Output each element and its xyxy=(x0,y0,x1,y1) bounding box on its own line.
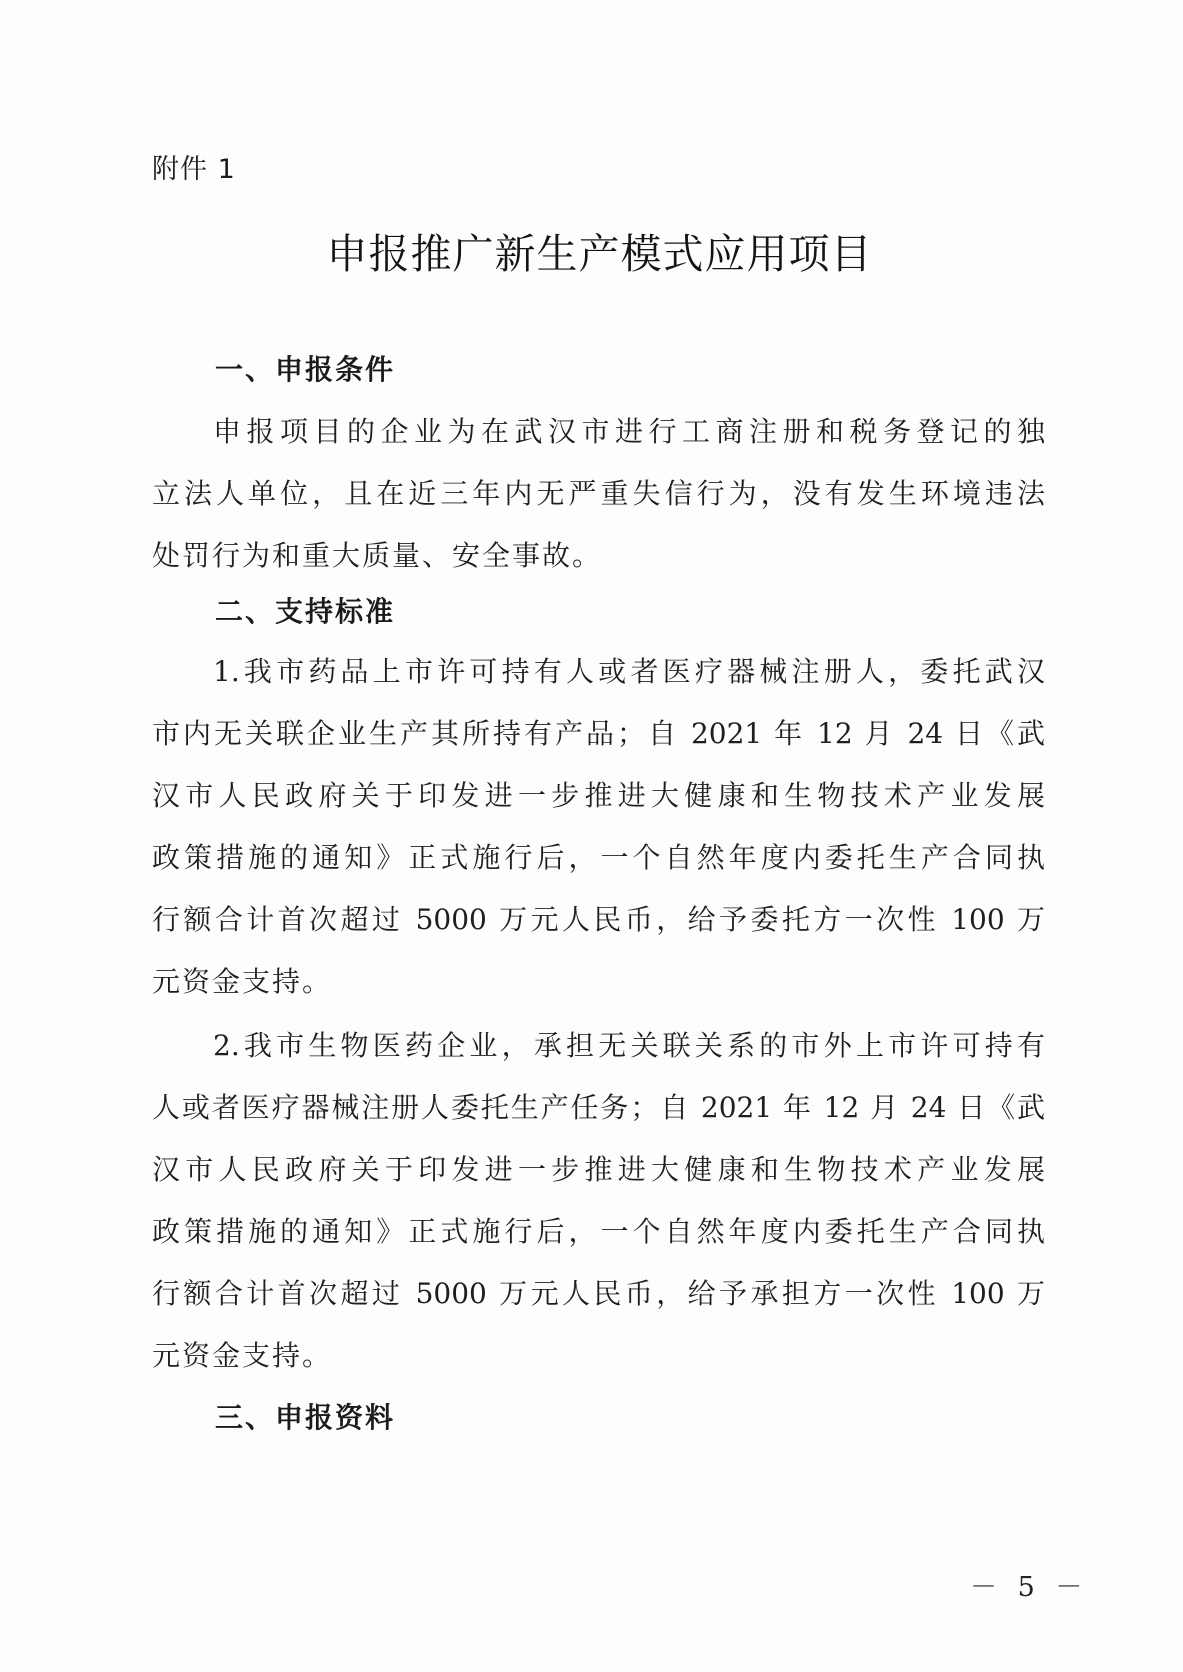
attachment-label: 附件 1 xyxy=(152,152,236,188)
item-1-line: 政策措施的通知》正式施行后，一个自然年度内委托生产合同执 xyxy=(152,838,1045,878)
item-2-line: 政策措施的通知》正式施行后，一个自然年度内委托生产合同执 xyxy=(152,1212,1045,1252)
item-2-line: 2.我市生物医药企业，承担无关联关系的市外上市许可持有 xyxy=(213,1026,1045,1066)
paragraph-line: 处罚行为和重大质量、安全事故。 xyxy=(152,536,1045,576)
item-1-line: 市内无关联企业生产其所持有产品；自 2021 年 12 月 24 日《武 xyxy=(152,714,1045,754)
section-heading-3: 三、申报资料 xyxy=(215,1398,395,1438)
paragraph-line: 申报项目的企业为在武汉市进行工商注册和税务登记的独 xyxy=(213,412,1045,452)
item-1-line: 1.我市药品上市许可持有人或者医疗器械注册人，委托武汉 xyxy=(213,652,1045,692)
item-2-line: 元资金支持。 xyxy=(152,1336,1045,1376)
section-heading-1: 一、申报条件 xyxy=(215,350,395,390)
item-1-line: 行额合计首次超过 5000 万元人民币，给予委托方一次性 100 万 xyxy=(152,900,1045,940)
document-title: 申报推广新生产模式应用项目 xyxy=(0,226,1183,282)
item-2-line: 人或者医疗器械注册人委托生产任务；自 2021 年 12 月 24 日《武 xyxy=(152,1088,1045,1128)
item-2-line: 汉市人民政府关于印发进一步推进大健康和生物技术产业发展 xyxy=(152,1150,1045,1190)
item-1-line: 元资金支持。 xyxy=(152,962,1045,1002)
item-1-line: 汉市人民政府关于印发进一步推进大健康和生物技术产业发展 xyxy=(152,776,1045,816)
section-heading-2: 二、支持标准 xyxy=(215,592,395,632)
item-2-line: 行额合计首次超过 5000 万元人民币，给予承担方一次性 100 万 xyxy=(152,1274,1045,1314)
page-number: － 5 － xyxy=(970,1570,1088,1606)
document-page: 附件 1 申报推广新生产模式应用项目 一、申报条件 申报项目的企业为在武汉市进行… xyxy=(0,0,1183,1672)
paragraph-line: 立法人单位，且在近三年内无严重失信行为，没有发生环境违法 xyxy=(152,474,1045,514)
